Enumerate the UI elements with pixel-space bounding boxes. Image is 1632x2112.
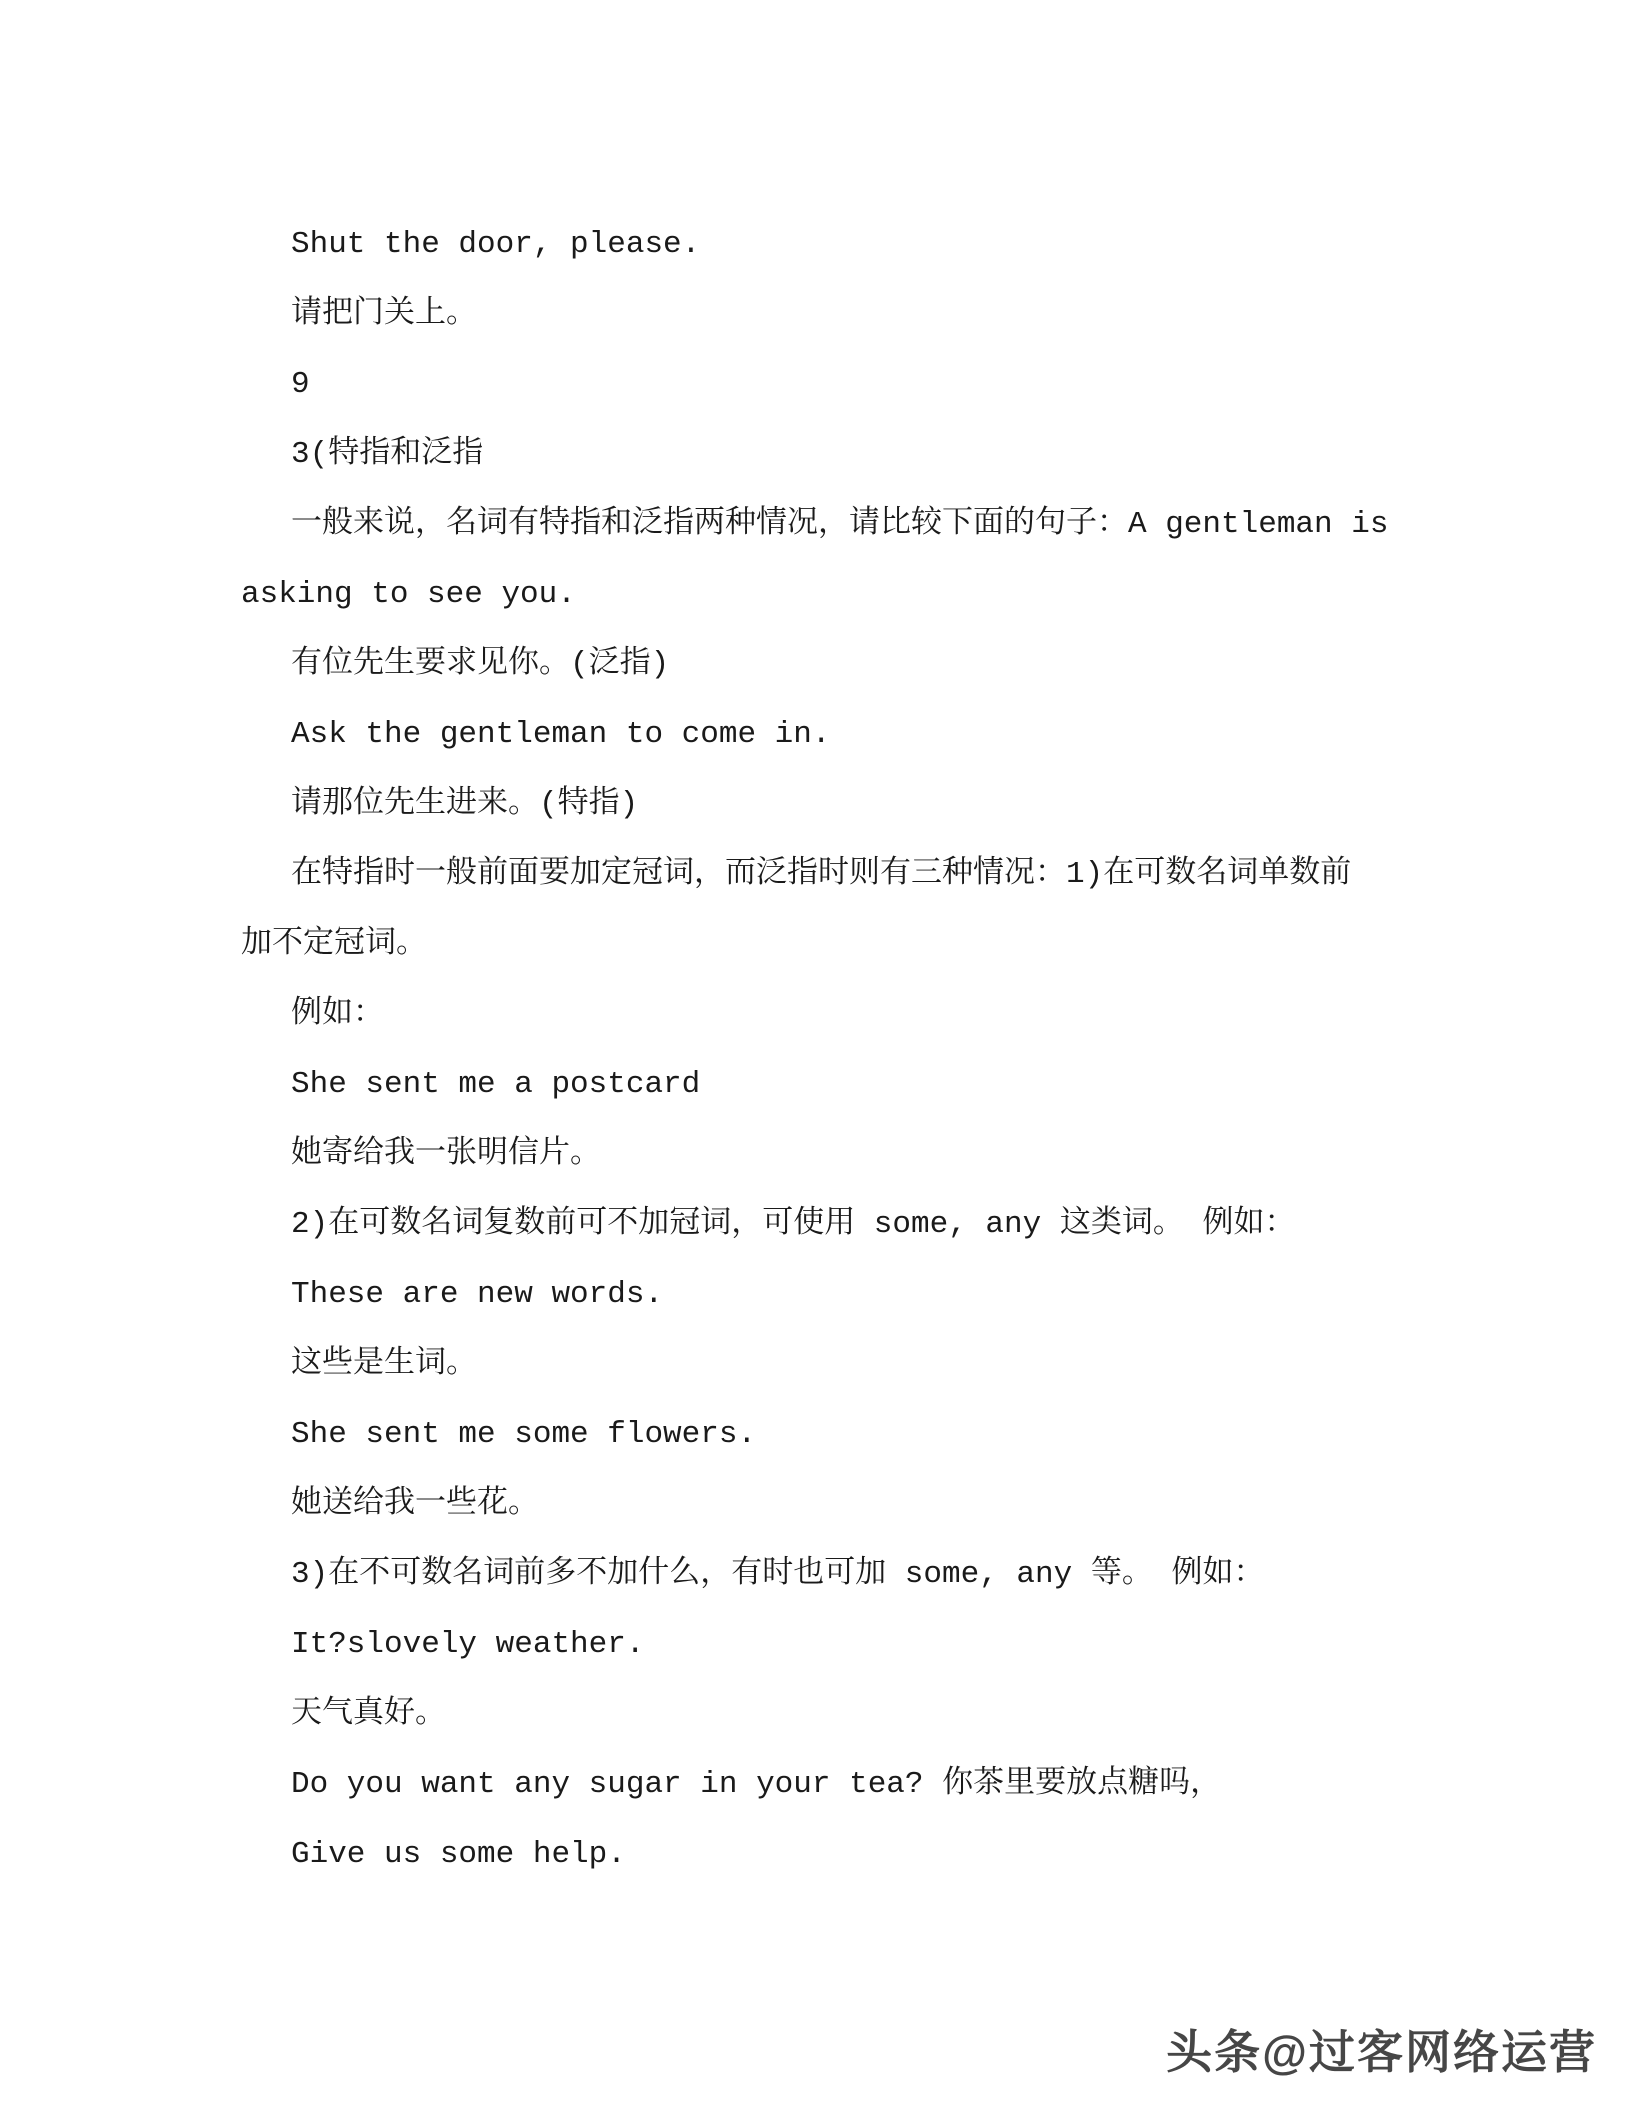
text-line: 2)在可数名词复数前可不加冠词，可使用 some, any 这类词。 例如： [241, 1190, 1482, 1260]
text-line: 3)在不可数名词前多不加什么，有时也可加 some, any 等。 例如： [241, 1540, 1482, 1610]
text-line: Give us some help. [241, 1820, 1482, 1890]
text-line: 9 [241, 350, 1482, 420]
text-line: Do you want any sugar in your tea? 你茶里要放… [241, 1750, 1482, 1820]
text-line: 有位先生要求见你。(泛指) [241, 630, 1482, 700]
text-line: 请那位先生进来。(特指) [241, 770, 1482, 840]
text-line: 加不定冠词。 [241, 910, 1482, 980]
text-line: 请把门关上。 [241, 280, 1482, 350]
text-line: 她送给我一些花。 [241, 1470, 1482, 1540]
text-line: 3(特指和泛指 [241, 420, 1482, 490]
text-line: 天气真好。 [241, 1680, 1482, 1750]
text-line: She sent me a postcard [241, 1050, 1482, 1120]
text-line: 这些是生词。 [241, 1330, 1482, 1400]
document-page: Shut the door, please.请把门关上。93(特指和泛指一般来说… [0, 0, 1632, 2112]
text-line: Ask the gentleman to come in. [241, 700, 1482, 770]
text-line: It?slovely weather. [241, 1610, 1482, 1680]
document-text: Shut the door, please.请把门关上。93(特指和泛指一般来说… [0, 0, 1632, 1890]
text-line: 一般来说，名词有特指和泛指两种情况，请比较下面的句子：A gentleman i… [241, 490, 1482, 560]
text-line: Shut the door, please. [241, 210, 1482, 280]
text-line: 她寄给我一张明信片。 [241, 1120, 1482, 1190]
text-line: These are new words. [241, 1260, 1482, 1330]
watermark: 头条@过客网络运营 [1166, 2022, 1597, 2082]
text-line: 例如： [241, 980, 1482, 1050]
text-line: She sent me some flowers. [241, 1400, 1482, 1470]
text-line: asking to see you. [241, 560, 1482, 630]
text-line: 在特指时一般前面要加定冠词，而泛指时则有三种情况：1)在可数名词单数前 [241, 840, 1482, 910]
